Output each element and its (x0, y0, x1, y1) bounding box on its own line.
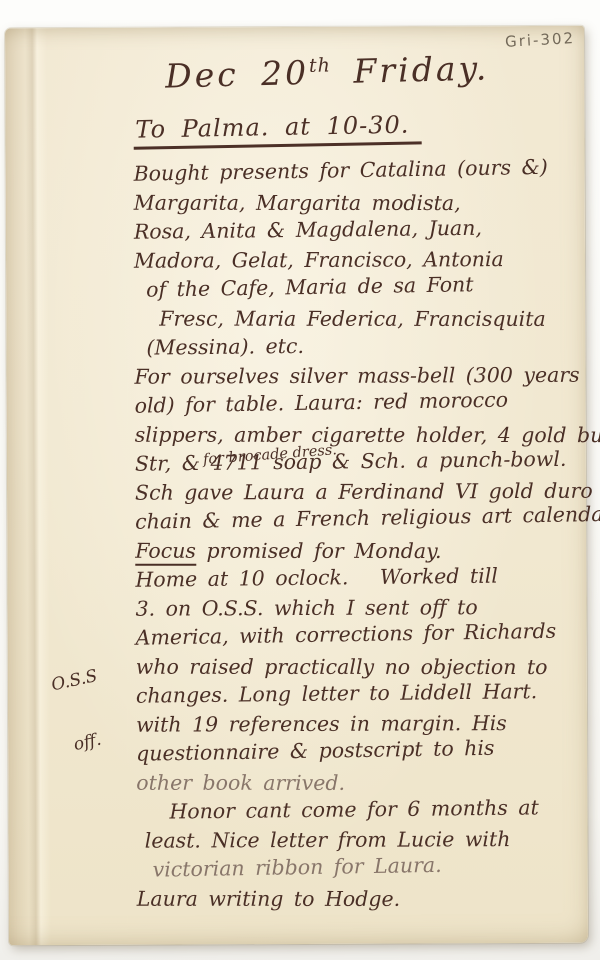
entry-date-weekday: Friday. (330, 48, 489, 91)
scanned-page-background: Gri-302 Dec 20th Friday. To Palma. at 10… (0, 0, 600, 960)
diary-line: Laura writing to Hodge. (137, 884, 588, 913)
underlined-word: Focus (135, 538, 196, 565)
diary-body-text: Bought presents for Catalina (ours &)Mar… (6, 157, 588, 914)
diary-line: (Messina). etc. (147, 328, 586, 362)
diary-line: Rosa, Anita & Magdalena, Juan, (134, 212, 585, 246)
diary-line: Bought presents for Catalina (ours &) (133, 152, 584, 188)
entry-subtitle-underlined: To Palma. at 10-30. (133, 111, 422, 149)
entry-date-main: Dec 20 (165, 53, 310, 96)
entry-date-ordinal: th (309, 54, 331, 77)
diary-line: changes. Long letter to Liddell Hart. (136, 676, 587, 710)
diary-line: Honor cant come for 6 months at (169, 792, 588, 826)
entry-date-title: Dec 20th Friday. (165, 49, 585, 93)
margin-note-line2: off. (72, 728, 113, 756)
archive-pencil-mark: Gri-302 (505, 29, 576, 51)
diary-line: Home at 10 oclock. Worked till (135, 560, 586, 594)
margin-note-line1: O.S.S (50, 666, 100, 696)
diary-paper-sheet: Gri-302 Dec 20th Friday. To Palma. at 10… (5, 26, 588, 946)
